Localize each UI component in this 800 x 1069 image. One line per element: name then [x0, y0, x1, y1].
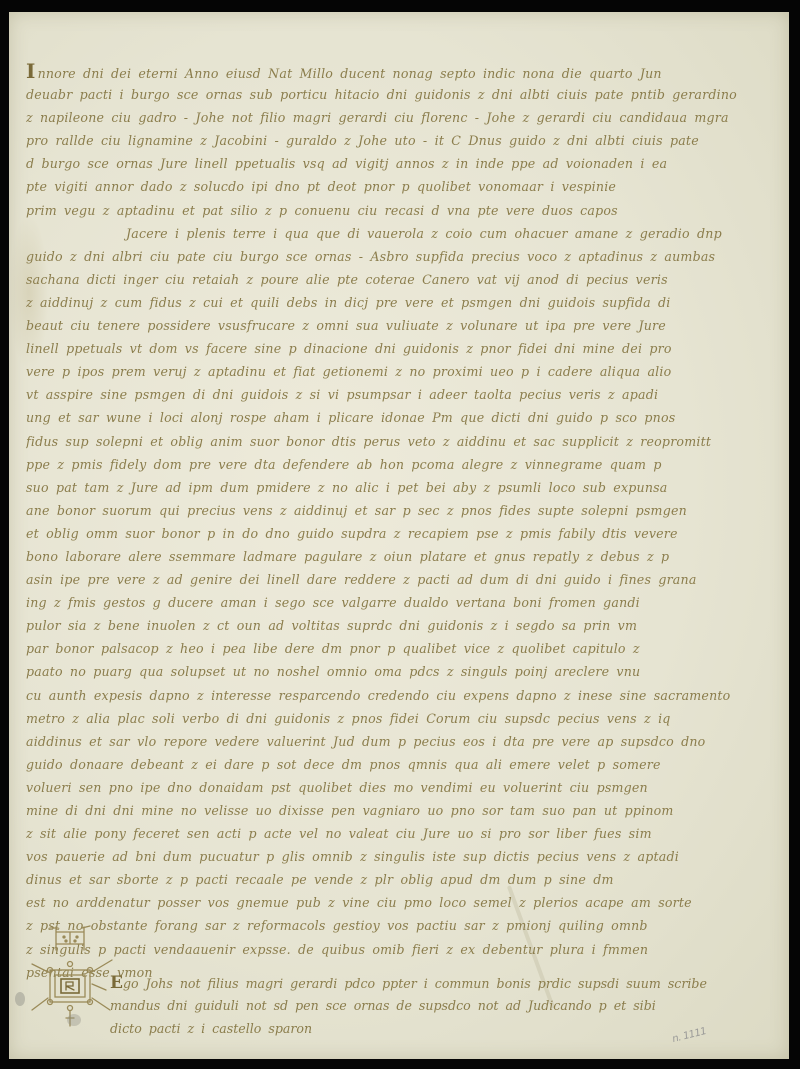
closing-line-1: z pst no obstante forang sar z reformaco…	[26, 914, 771, 937]
text-line-24: ing z fmis gestos g ducere aman i sego s…	[26, 591, 771, 614]
text-line-8: Jacere i plenis terre i qua que di vauer…	[26, 222, 771, 245]
text-line-37: est no arddenatur posser vos gnemue pub …	[26, 891, 771, 914]
text-line-23: asin ipe pre vere z ad genire dei linell…	[26, 568, 771, 591]
text-line-30: aiddinus et sar vlo repore vedere valuer…	[26, 730, 771, 753]
text-line-33: mine di dni dni mine no velisse uo dixis…	[26, 799, 771, 822]
text-line-13: linell ppetuals vt dom vs facere sine p …	[26, 337, 771, 360]
notary-subscription: Ego Johs not filius magri gerardi pdco p…	[110, 972, 770, 1041]
ink-spot	[15, 992, 25, 1006]
text-line-18: ppe z pmis fidely dom pre vere dta defen…	[26, 453, 771, 476]
signum-drawing-icon	[28, 922, 118, 1032]
text-line-10: sachana dicti inger ciu retaiah z poure …	[26, 268, 771, 291]
text-line-25: pulor sia z bene inuolen z ct oun ad vol…	[26, 614, 771, 637]
text-line-27: paato no puarg qua solupset ut no noshel…	[26, 660, 771, 683]
text-line-12: beaut ciu tenere possidere vsusfrucare z…	[26, 314, 771, 337]
text-line-20: ane bonor suorum qui precius vens z aidd…	[26, 499, 771, 522]
text-line-35: vos pauerie ad bni dum pucuatur p glis o…	[26, 845, 771, 868]
text-line-4: pro rallde ciu lignamine z Jacobini - gu…	[26, 129, 771, 152]
text-line-21: et oblig omm suor bonor p in do dno guid…	[26, 522, 771, 545]
text-line-29: metro z alia plac soli verbo di dni guid…	[26, 707, 771, 730]
text-line-7: prim vegu z aptadinu et pat silio z p co…	[26, 199, 771, 222]
text-line-26: par bonor palsacop z heo i pea libe dere…	[26, 637, 771, 660]
text-line-5: d burgo sce ornas Jure linell ppetualis …	[26, 152, 771, 175]
subscription-initial: E	[110, 973, 123, 993]
closing-line-2: z singulis p pacti vendaauenir expsse. d…	[26, 938, 771, 961]
decorated-initial: I	[26, 60, 36, 83]
text-line-3: z napileone ciu gadro - Johe not filio m…	[26, 106, 771, 129]
text-line-34: z sit alie pony feceret sen acti p acte …	[26, 822, 771, 845]
text-line-22: bono laborare alere ssemmare ladmare pag…	[26, 545, 771, 568]
text-line-15: vt asspire sine psmgen di dni guidois z …	[26, 383, 771, 406]
text-line-1: Innore dni dei eterni Anno eiusd Nat Mil…	[26, 60, 771, 83]
notarial-signum-icon	[28, 922, 118, 1022]
text-line-14: vere p ipos prem veruj z aptadinu et fia…	[26, 360, 771, 383]
charter-body-text: Innore dni dei eterni Anno eiusd Nat Mil…	[26, 60, 771, 984]
text-line-32: volueri sen pno ipe dno donaidam pst quo…	[26, 776, 771, 799]
text-line-9: guido z dni albri ciu pate ciu burgo sce…	[26, 245, 771, 268]
text-line-2: deuabr pacti i burgo sce ornas sub porti…	[26, 83, 771, 106]
subscription-line-3: dicto pacti z i castello sparon	[110, 1018, 770, 1041]
text-line-17: fidus sup solepni et oblig anim suor bon…	[26, 430, 771, 453]
text-line-28: cu aunth expesis dapno z interesse respa…	[26, 684, 771, 707]
subscription-line-2: mandus dni guiduli not sd pen sce ornas …	[110, 995, 770, 1018]
text-line-19: suo pat tam z Jure ad ipm dum pmidere z …	[26, 476, 771, 499]
text-line-31: guido donaare debeant z ei dare p sot de…	[26, 753, 771, 776]
text-line-36: dinus et sar sborte z p pacti recaale pe…	[26, 868, 771, 891]
text-line-6: pte vigiti annor dado z solucdo ipi dno …	[26, 175, 771, 198]
text-line-16: ung et sar wune i loci alonj rospe aham …	[26, 406, 771, 429]
subscription-line-1: Ego Johs not filius magri gerardi pdco p…	[110, 972, 770, 995]
text-line-11: z aiddinuj z cum fidus z cui et quili de…	[26, 291, 771, 314]
